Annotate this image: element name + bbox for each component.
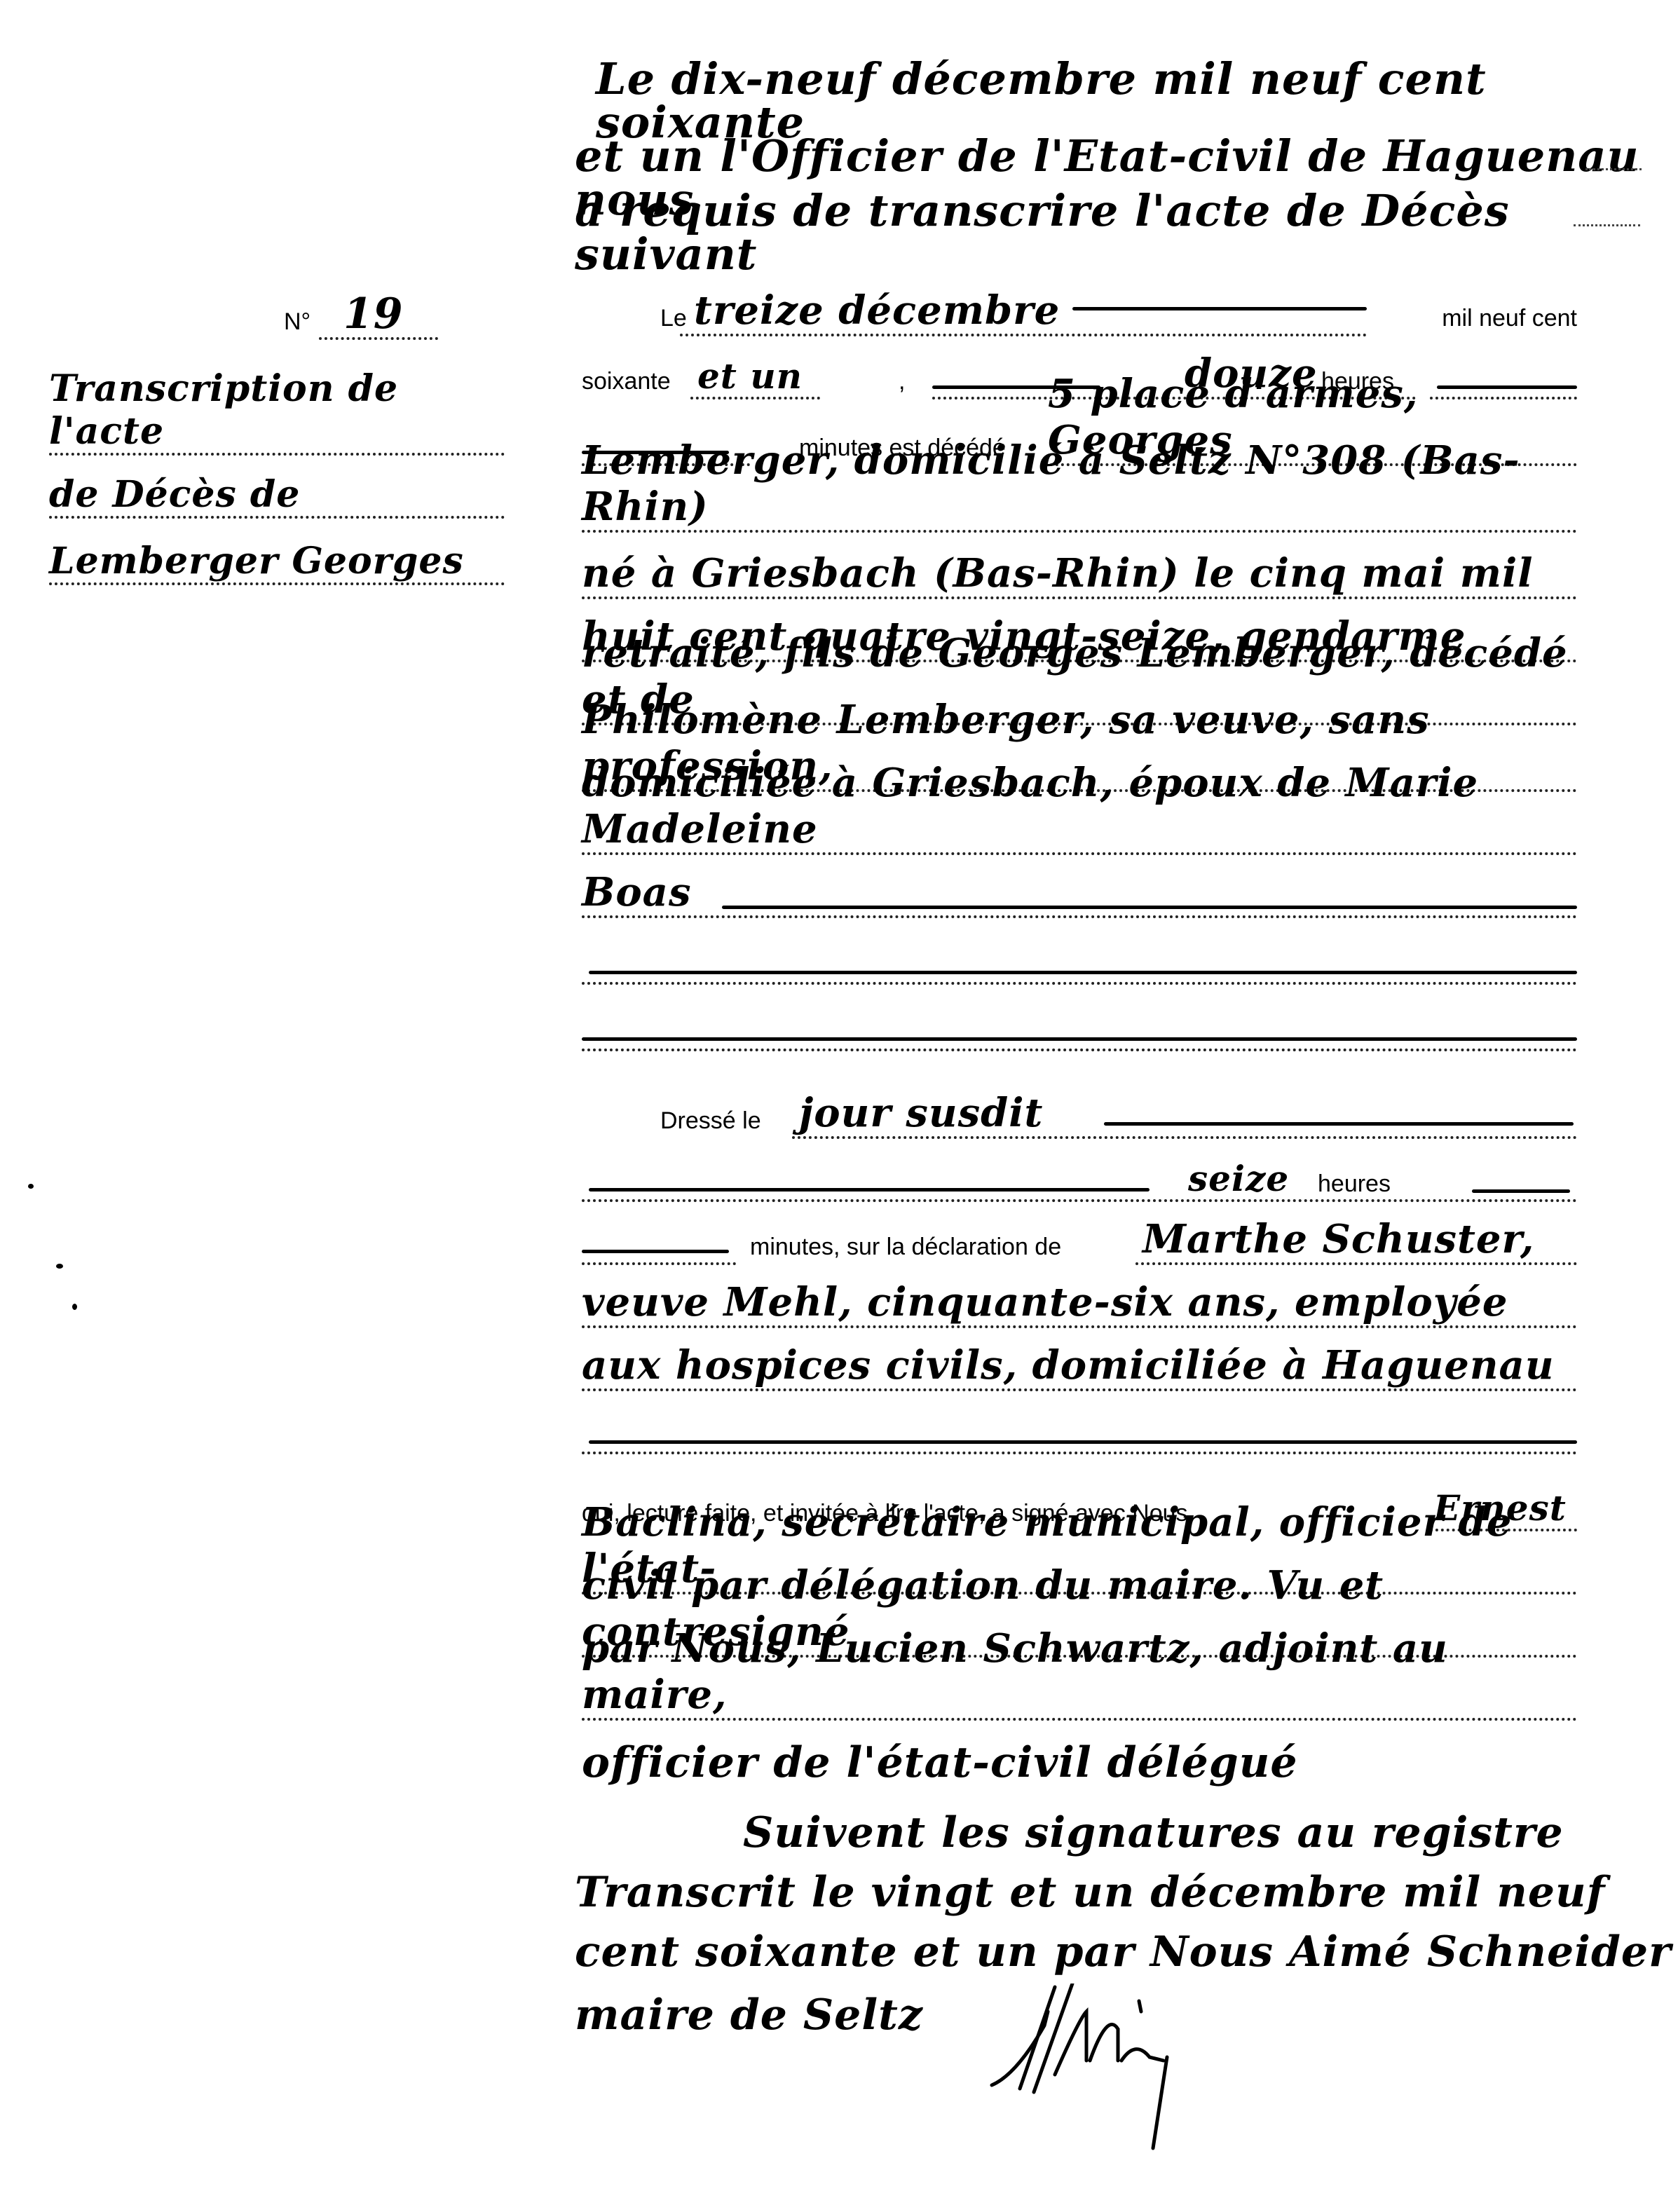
signature-icon — [988, 1984, 1241, 2152]
closing-line-2: Transcrit le vingt et un décembre mil ne… — [575, 1868, 1605, 1917]
dotted-line — [690, 397, 820, 400]
drawn-up-value: jour susdit — [799, 1090, 1043, 1136]
margin-title-line-1: Transcription de l'acte — [49, 414, 505, 456]
scan-speck — [72, 1304, 77, 1310]
fill-dash — [1104, 1122, 1574, 1126]
closing-line-4: maire de Seltz — [575, 1991, 923, 2040]
act-date-line: Le treize décembre mil neuf cent — [582, 294, 1577, 336]
margin-title-line-3: Lemberger Georges — [49, 543, 505, 585]
dotted-line — [1585, 168, 1642, 170]
fill-dash — [589, 971, 1577, 974]
declarant-value: Marthe Schuster, — [1142, 1216, 1534, 1262]
act-body-line: né à Griesbach (Bas-Rhin) le cinq mai mi… — [582, 557, 1577, 599]
dotted-line — [582, 852, 1577, 855]
year-suffix-value: et un — [697, 355, 803, 397]
dotted-line — [582, 1262, 736, 1265]
blank-line — [582, 943, 1577, 985]
fill-dash — [582, 1037, 1577, 1041]
dotted-line — [1574, 224, 1640, 226]
dotted-line — [582, 596, 1577, 599]
declarant-line: minutes, sur la déclaration de Marthe Sc… — [582, 1223, 1577, 1265]
margin-title-line-2: de Décès de — [49, 477, 505, 519]
drawn-up-time-line: seize heures — [582, 1160, 1577, 1202]
number-value: 19 — [343, 289, 404, 339]
declaration-label: minutes, sur la déclaration de — [750, 1234, 1061, 1261]
header-note-line-3: a requis de transcrire l'acte de Décès s… — [575, 189, 1678, 276]
act-body-line: domiciliée à Griesbach, époux de Marie M… — [582, 813, 1577, 855]
date-value: treize décembre — [694, 287, 1060, 334]
drawn-up-label: Dressé le — [660, 1107, 761, 1135]
signing-body-line: officier de l'état-civil délégué — [582, 1738, 1298, 1787]
signing-body-line: par Nous, Lucien Schwartz, adjoint au ma… — [582, 1679, 1577, 1721]
closing-line-3: cent soixante et un par Nous Aimé Schnei… — [575, 1927, 1672, 1977]
dotted-line — [582, 1325, 1577, 1328]
act-number: N° 19 — [284, 298, 438, 340]
dotted-line — [582, 1199, 1577, 1202]
blank-line — [582, 1412, 1577, 1454]
drawn-up-hour-value: seize — [1188, 1158, 1289, 1199]
closing-line-1: Suivent les signatures au registre — [743, 1808, 1564, 1857]
dotted-line — [582, 982, 1577, 985]
dotted-line — [680, 334, 1367, 336]
dotted-line — [582, 1049, 1577, 1051]
dotted-line — [582, 530, 1577, 533]
dotted-line — [792, 1136, 1577, 1139]
dotted-line — [582, 1452, 1577, 1454]
dotted-line — [582, 915, 1577, 918]
dotted-line — [582, 1718, 1577, 1721]
dotted-line — [49, 582, 505, 585]
declarant-body-line: veuve Mehl, cinquante-six ans, employée — [582, 1286, 1577, 1328]
scan-speck — [28, 1184, 34, 1189]
fill-dash — [589, 1440, 1577, 1444]
number-label: N° — [284, 308, 311, 336]
blank-line — [582, 1009, 1577, 1051]
fill-dash — [1072, 307, 1367, 310]
drawn-up-line: Dressé le jour susdit — [582, 1097, 1577, 1139]
scan-speck — [56, 1264, 63, 1269]
soixante-label: soixante — [582, 368, 671, 395]
hours-label: heures — [1318, 1170, 1391, 1198]
fill-dash — [1472, 1189, 1570, 1193]
dotted-line — [582, 1388, 1577, 1391]
year-label: mil neuf cent — [1442, 305, 1577, 332]
le-label: Le — [660, 305, 687, 332]
fill-dash — [582, 1250, 729, 1253]
fill-dash — [722, 906, 1577, 909]
dotted-line — [49, 516, 505, 519]
act-body-line: Lemberger, domicilié à Seltz N°308 (Bas-… — [582, 491, 1577, 533]
act-body-line: Boas — [582, 876, 1577, 918]
dotted-line — [49, 453, 505, 456]
declarant-body-line: aux hospices civils, domiciliée à Haguen… — [582, 1349, 1577, 1391]
fill-dash — [589, 1188, 1150, 1192]
dotted-line — [1135, 1262, 1577, 1265]
comma: , — [899, 368, 905, 395]
